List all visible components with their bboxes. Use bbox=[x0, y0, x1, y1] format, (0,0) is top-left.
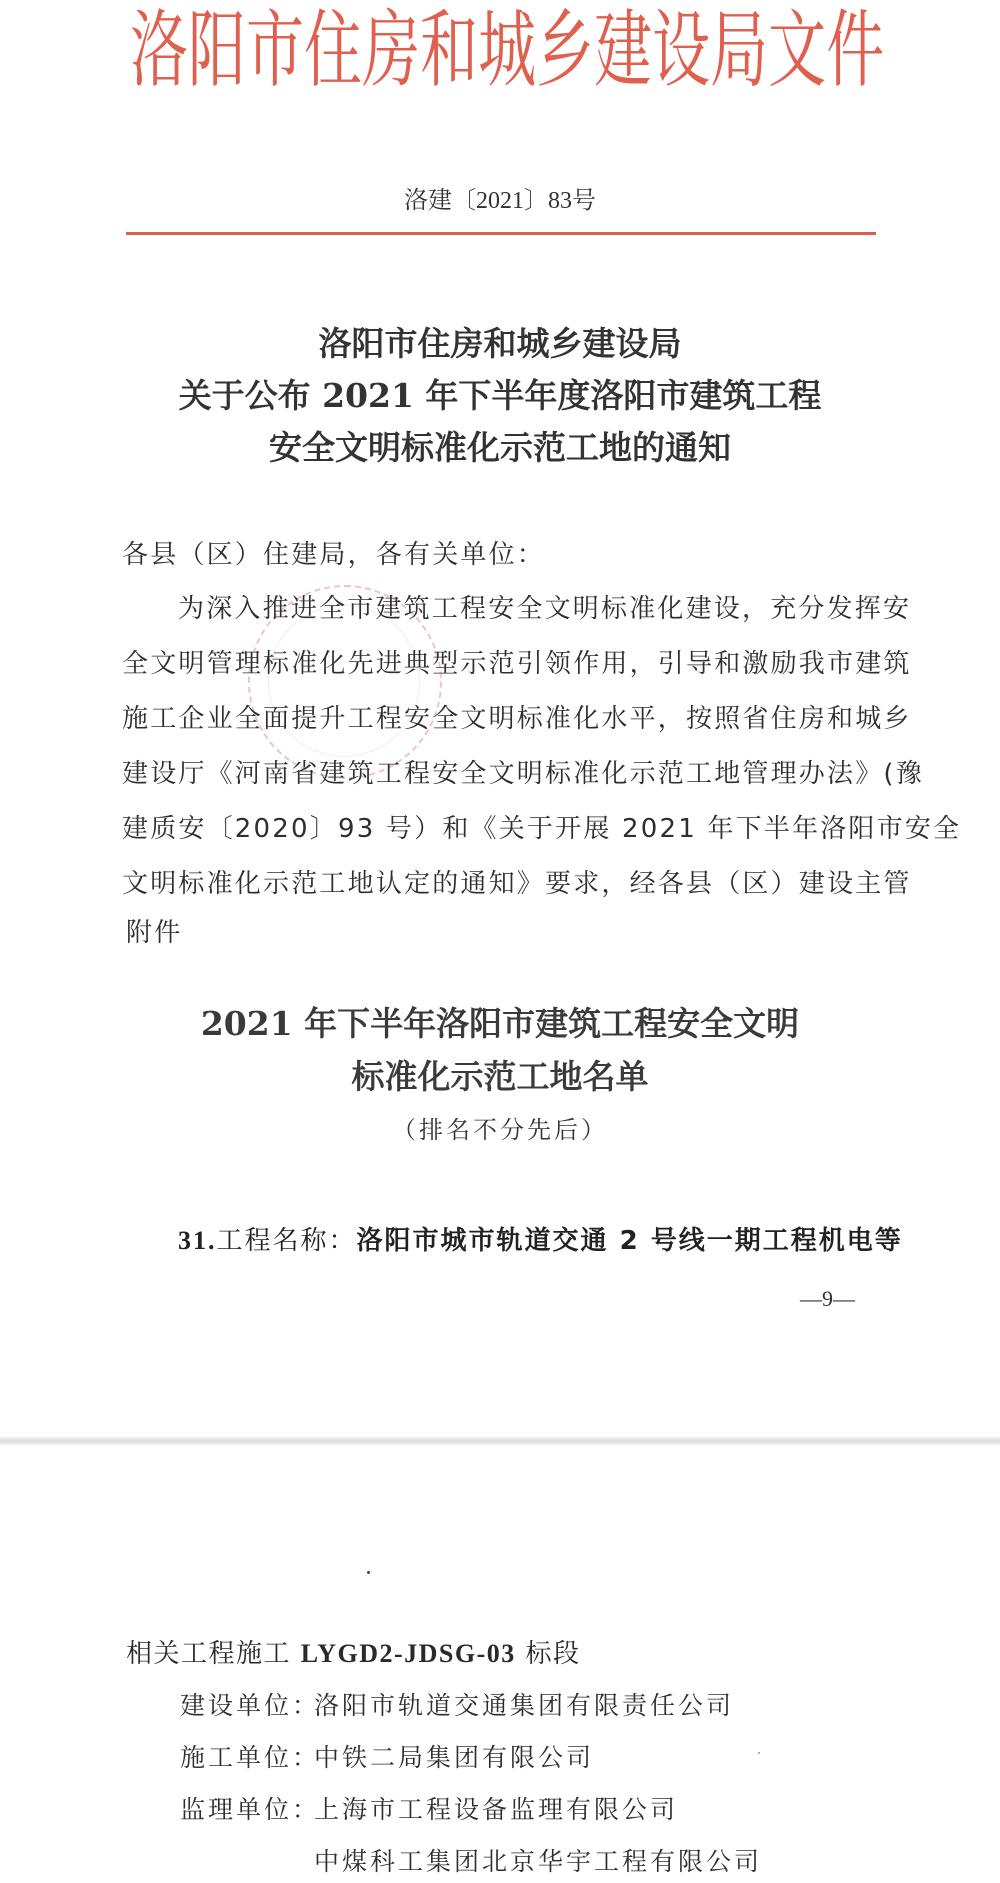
issuer-header: 洛 阳 市 住 房 和 城 乡 建 设 局 文 件 bbox=[130, 0, 875, 100]
unit-label: 监理单位： bbox=[180, 1790, 314, 1826]
header-char: 设 bbox=[652, 0, 710, 123]
section-heading: 相关工程施工 LYGD2-JDSG-03 标段 bbox=[126, 1633, 581, 1670]
project-name: 洛阳市城市轨道交通 2 号线一期工程机电等 bbox=[357, 1226, 903, 1256]
section-suffix: 标段 bbox=[516, 1639, 581, 1669]
header-char: 文 bbox=[768, 0, 826, 123]
unit-row-contractor: 施工单位：中铁二局集团有限公司 bbox=[180, 1738, 594, 1774]
notice-title-line-1: 洛阳市住房和城乡建设局 bbox=[0, 318, 1000, 365]
header-char: 市 bbox=[246, 0, 304, 123]
page-number: —9— bbox=[800, 1286, 855, 1312]
red-divider bbox=[126, 232, 876, 235]
appendix-title-line-2: 标准化示范工地名单 bbox=[0, 1051, 1000, 1098]
scan-speck bbox=[367, 1571, 370, 1574]
project-number: 31. bbox=[178, 1226, 217, 1255]
header-char: 局 bbox=[710, 0, 768, 123]
header-char: 房 bbox=[362, 0, 420, 123]
body-paragraph-line: 全文明管理标准化先进典型示范引领作用，引导和激励我市建筑 bbox=[122, 643, 912, 680]
header-char: 住 bbox=[304, 0, 362, 123]
header-char: 乡 bbox=[536, 0, 594, 123]
notice-title-line-3: 安全文明标准化示范工地的通知 bbox=[0, 422, 1000, 469]
body-paragraph-line: 文明标准化示范工地认定的通知》要求，经各县（区）建设主管 bbox=[122, 863, 912, 900]
section-prefix: 相关工程施工 bbox=[126, 1639, 301, 1669]
page-break-divider bbox=[0, 1437, 1000, 1445]
project-entry: 31.工程名称：洛阳市城市轨道交通 2 号线一期工程机电等 bbox=[178, 1220, 903, 1257]
unit-label: 施工单位： bbox=[180, 1738, 314, 1774]
body-paragraph-line: 为深入推进全市建筑工程安全文明标准化建设，充分发挥安 bbox=[178, 588, 911, 625]
header-char: 城 bbox=[478, 0, 536, 123]
body-paragraph-line: 建质安〔2020〕93 号）和《关于开展 2021 年下半年洛阳市安全 bbox=[122, 808, 961, 845]
salutation: 各县（区）住建局，各有关单位： bbox=[122, 534, 545, 571]
appendix-subtitle: （排名不分先后） bbox=[0, 1110, 1000, 1145]
unit-row-supervisor-2: 中煤科工集团北京华宇工程有限公司 bbox=[180, 1842, 762, 1878]
unit-row-owner: 建设单位：洛阳市轨道交通集团有限责任公司 bbox=[180, 1686, 734, 1722]
body-paragraph-line: 建设厅《河南省建筑工程安全文明标准化示范工地管理办法》(豫 bbox=[122, 753, 924, 790]
attachment-label: 附件 bbox=[126, 912, 182, 949]
body-paragraph-line: 施工企业全面提升工程安全文明标准化水平，按照省住房和城乡 bbox=[122, 698, 912, 735]
header-char: 件 bbox=[826, 0, 884, 123]
unit-value: 洛阳市轨道交通集团有限责任公司 bbox=[314, 1691, 734, 1720]
unit-value: 上海市工程设备监理有限公司 bbox=[314, 1795, 678, 1824]
header-char: 阳 bbox=[188, 0, 246, 123]
header-char: 建 bbox=[594, 0, 652, 123]
scan-speck bbox=[758, 1752, 760, 1754]
section-code: LYGD2-JDSG-03 bbox=[301, 1639, 516, 1668]
notice-title-line-2: 关于公布 2021 年下半年度洛阳市建筑工程 bbox=[0, 370, 1000, 417]
header-char: 和 bbox=[420, 0, 478, 123]
unit-label: 建设单位： bbox=[180, 1686, 314, 1722]
unit-value: 中铁二局集团有限公司 bbox=[314, 1743, 594, 1772]
project-label: 工程名称： bbox=[217, 1226, 357, 1256]
appendix-title-line-1: 2021 年下半年洛阳市建筑工程安全文明 bbox=[0, 998, 1000, 1045]
document-number: 洛建〔2021〕83号 bbox=[0, 180, 1000, 215]
unit-row-supervisor: 监理单位：上海市工程设备监理有限公司 bbox=[180, 1790, 678, 1826]
unit-value: 中煤科工集团北京华宇工程有限公司 bbox=[314, 1847, 762, 1876]
header-char: 洛 bbox=[130, 0, 188, 123]
